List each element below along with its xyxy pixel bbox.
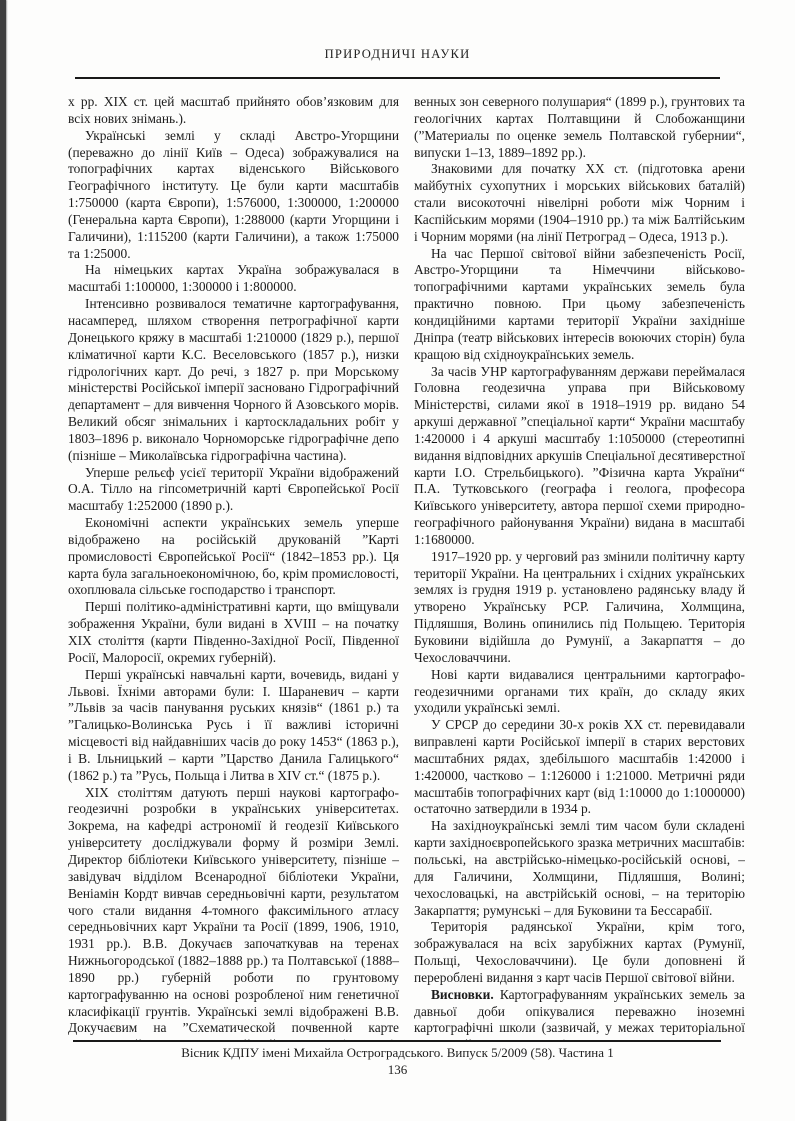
paragraph: На час Першої світової війни забезпечені… — [414, 246, 745, 364]
paragraph: На німецьких картах Україна зображувалас… — [68, 262, 399, 296]
paragraph: Українські землі у складі Австро-Угорщин… — [68, 128, 399, 263]
paragraph: На західноукраїнські землі тим часом бул… — [414, 818, 745, 919]
running-header: ПРИРОДНИЧІ НАУКИ — [0, 47, 795, 62]
paragraph: Економічні аспекти українських земель уп… — [68, 515, 399, 599]
right-column: венных зон северного полушария“ (1899 р.… — [414, 94, 745, 1041]
left-column: х рр. XIX ст. цей масштаб прийнято обов’… — [68, 94, 399, 1041]
paragraph: Територія радянської України, крім того,… — [414, 919, 745, 986]
paragraph: Висновки. Картографуванням українських з… — [414, 987, 745, 1041]
paragraph: Перші українські навчальні карти, вочеви… — [68, 667, 399, 785]
scanned-document-page: ПРИРОДНИЧІ НАУКИ х рр. XIX ст. цей масшт… — [0, 0, 795, 1121]
paragraph: Інтенсивно розвивалося тематичне картогр… — [68, 296, 399, 464]
paragraph: венных зон северного полушария“ (1899 р.… — [414, 94, 745, 161]
journal-footer: Вісник КДПУ імені Михайла Остроградськог… — [0, 1045, 795, 1061]
header-divider — [75, 77, 720, 79]
paragraph: х рр. XIX ст. цей масштаб прийнято обов’… — [68, 94, 399, 128]
paragraph: За часів УНР картографуванням держави пе… — [414, 364, 745, 549]
paragraph: Уперше рельєф усієї території України ві… — [68, 465, 399, 516]
paragraph: Нові карти видавалися центральними карто… — [414, 667, 745, 718]
text-columns: х рр. XIX ст. цей масштаб прийнято обов’… — [68, 94, 745, 1041]
scan-edge-artifact — [0, 0, 6, 1121]
paragraph: У СРСР до середини 30-х років XX ст. пер… — [414, 717, 745, 818]
page-number: 136 — [0, 1062, 795, 1078]
paragraph-lead: Висновки. — [431, 987, 500, 1002]
paragraph: Знаковими для початку XX ст. (підготовка… — [414, 161, 745, 245]
footer-divider — [73, 1040, 721, 1042]
paragraph: Перші політико-адміністративні карти, що… — [68, 599, 399, 666]
paragraph: XIX століттям датують перші наукові карт… — [68, 785, 399, 1041]
paragraph: 1917–1920 рр. у черговий раз змінили пол… — [414, 549, 745, 667]
